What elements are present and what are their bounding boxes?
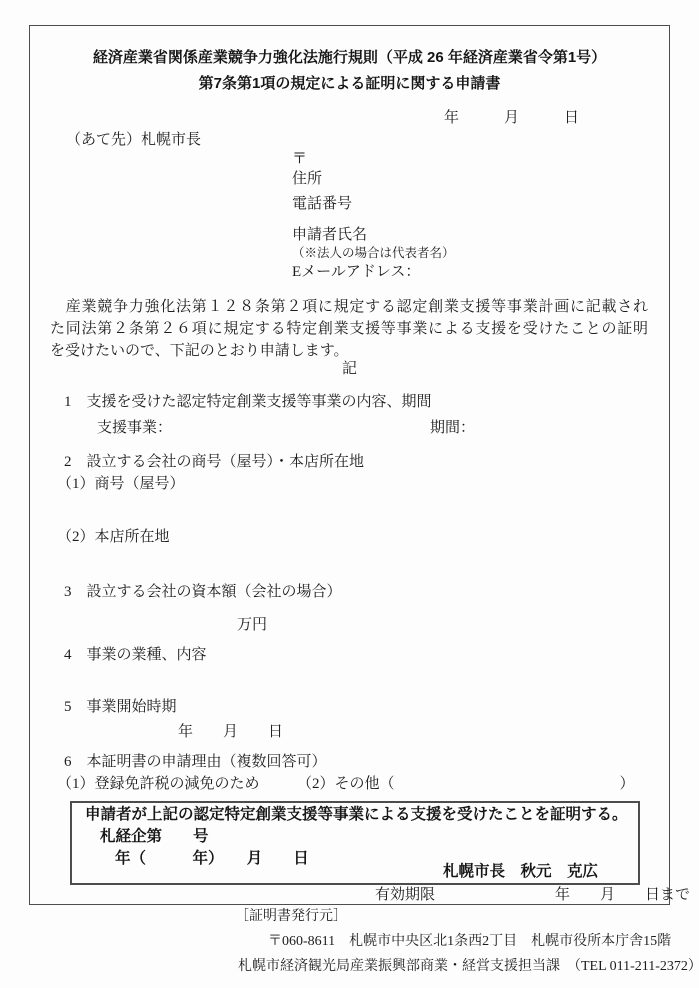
postal-code-label: 〒: [292, 150, 307, 168]
body-paragraph-line: を受けたいので、下記のとおり申請します。: [50, 340, 648, 362]
start-date-blanks: 年 月 日: [178, 723, 283, 741]
address-label: 住所: [292, 170, 322, 188]
section5-title: 5 事業開始時期: [64, 698, 177, 716]
certification-statement: 申請者が上記の認定特定創業支援等事業による支援を受けたことを証明する。: [85, 806, 628, 825]
issuer-heading: ［証明書発行元］: [235, 909, 347, 926]
section6-reason-options: （1）登録免許税の減免のため （2）その他（ ）: [57, 775, 635, 793]
section4-title: 4 事業の業種、内容: [64, 646, 207, 664]
support-business-label: 支援事業：: [97, 419, 172, 437]
issuer-address: 〒060-8611 札幌市中央区北1条西2丁目 札幌市役所本庁舎15階: [268, 934, 671, 951]
section3-title: 3 設立する会社の資本額（会社の場合）: [64, 583, 342, 601]
document-title-line1: 経済産業省関係産業競争力強化法施行規則（平成 26 年経済産業省令第1号）: [29, 49, 670, 67]
section1-title: 1 支援を受けた認定特定創業支援等事業の内容、期間: [64, 393, 432, 411]
email-label: Eメールアドレス：: [292, 263, 420, 281]
ki-heading: 記: [29, 360, 670, 378]
issuer-department-phone: 札幌市経済観光局産業振興部商業・経営支援担当課 （TEL 011-211-237…: [238, 959, 699, 976]
section2-sub1-trade-name: （1）商号（屋号）: [57, 475, 185, 493]
body-paragraph: 産業競争力強化法第１２８条第２項に規定する認定創業支援等事業計画に記載され た同…: [50, 296, 648, 362]
addressee-mayor: （あて先）札幌市長: [66, 131, 201, 149]
capital-unit-label: 万円: [237, 616, 267, 634]
period-label: 期間：: [430, 419, 475, 437]
document-title-line2: 第7条第1項の規定による証明に関する申請書: [29, 75, 670, 93]
phone-label: 電話番号: [292, 195, 352, 213]
certificate-number-blanks: 札経企第 号: [100, 828, 209, 847]
application-form-document: 経済産業省関係産業競争力強化法施行規則（平成 26 年経済産業省令第1号） 第7…: [0, 0, 699, 988]
section2-sub2-head-office: （2）本店所在地: [57, 528, 170, 546]
body-paragraph-line: 産業競争力強化法第１２８条第２項に規定する認定創業支援等事業計画に記載され: [50, 296, 648, 318]
validity-period-line: 有効期限 年 月 日まで: [375, 886, 690, 904]
section6-title: 6 本証明書の申請理由（複数回答可）: [64, 753, 327, 771]
applicant-name-note: （※法人の場合は代表者名）: [292, 246, 455, 261]
section2-title: 2 設立する会社の商号（屋号）・本店所在地: [64, 453, 364, 471]
application-date-blanks: 年 月 日: [444, 109, 579, 127]
applicant-name-label: 申請者氏名: [292, 226, 367, 244]
mayor-signature: 札幌市長 秋元 克広: [70, 863, 640, 882]
body-paragraph-line: た同法第２条第２６項に規定する特定創業支援等事業による支援を受けたことの証明: [50, 318, 648, 340]
